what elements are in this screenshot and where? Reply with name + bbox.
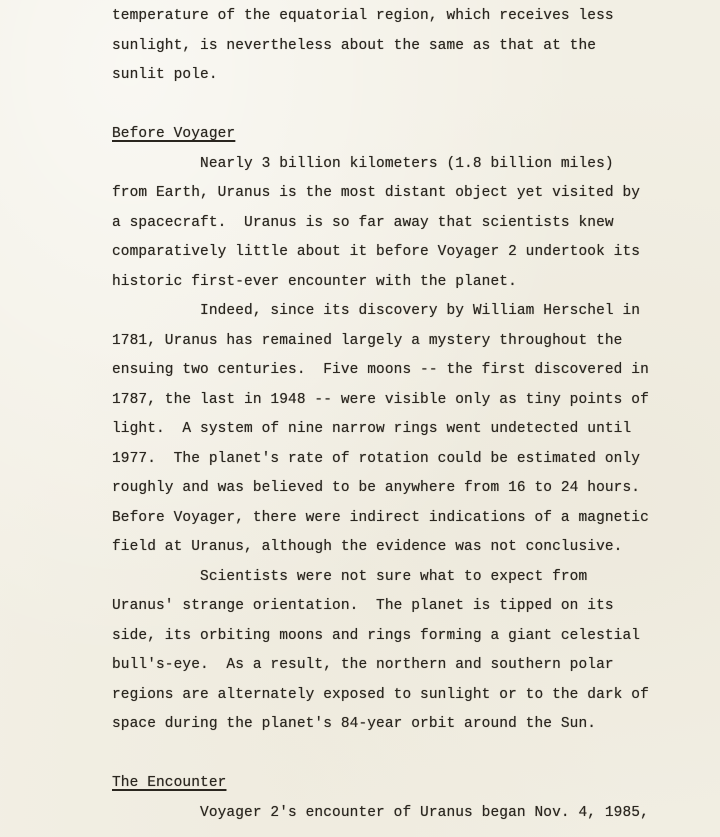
text-line: Voyager 2's encounter of Uranus began No… [112,799,720,829]
text-line: 1781, Uranus has remained largely a myst… [112,327,720,357]
text-line: side, its orbiting moons and rings formi… [112,622,720,652]
text-line: Before Voyager, there were indirect indi… [112,504,720,534]
text-line: a spacecraft. Uranus is so far away that… [112,209,720,239]
text-line: ensuing two centuries. Five moons -- the… [112,356,720,386]
text-line: bull's-eye. As a result, the northern an… [112,651,720,681]
blank-line [112,740,720,770]
text-line: light. A system of nine narrow rings wen… [112,415,720,445]
text-line: sunlit pole. [112,61,720,91]
text-line: sunlight, is nevertheless about the same… [112,32,720,62]
text-line: Nearly 3 billion kilometers (1.8 billion… [112,150,720,180]
typewritten-page: temperature of the equatorial region, wh… [0,0,720,837]
text-line: 1787, the last in 1948 -- were visible o… [112,386,720,416]
text-line: historic first-ever encounter with the p… [112,268,720,298]
section-heading: The Encounter [112,769,720,799]
text-line: Uranus' strange orientation. The planet … [112,592,720,622]
text-line: 1977. The planet's rate of rotation coul… [112,445,720,475]
section-heading: Before Voyager [112,120,720,150]
text-line: field at Uranus, although the evidence w… [112,533,720,563]
text-line: comparatively little about it before Voy… [112,238,720,268]
text-line: from Earth, Uranus is the most distant o… [112,179,720,209]
blank-line [112,91,720,121]
text-line: Indeed, since its discovery by William H… [112,297,720,327]
text-line: Scientists were not sure what to expect … [112,563,720,593]
text-line: temperature of the equatorial region, wh… [112,2,720,32]
text-line: regions are alternately exposed to sunli… [112,681,720,711]
text-line: space during the planet's 84-year orbit … [112,710,720,740]
text-line: roughly and was believed to be anywhere … [112,474,720,504]
